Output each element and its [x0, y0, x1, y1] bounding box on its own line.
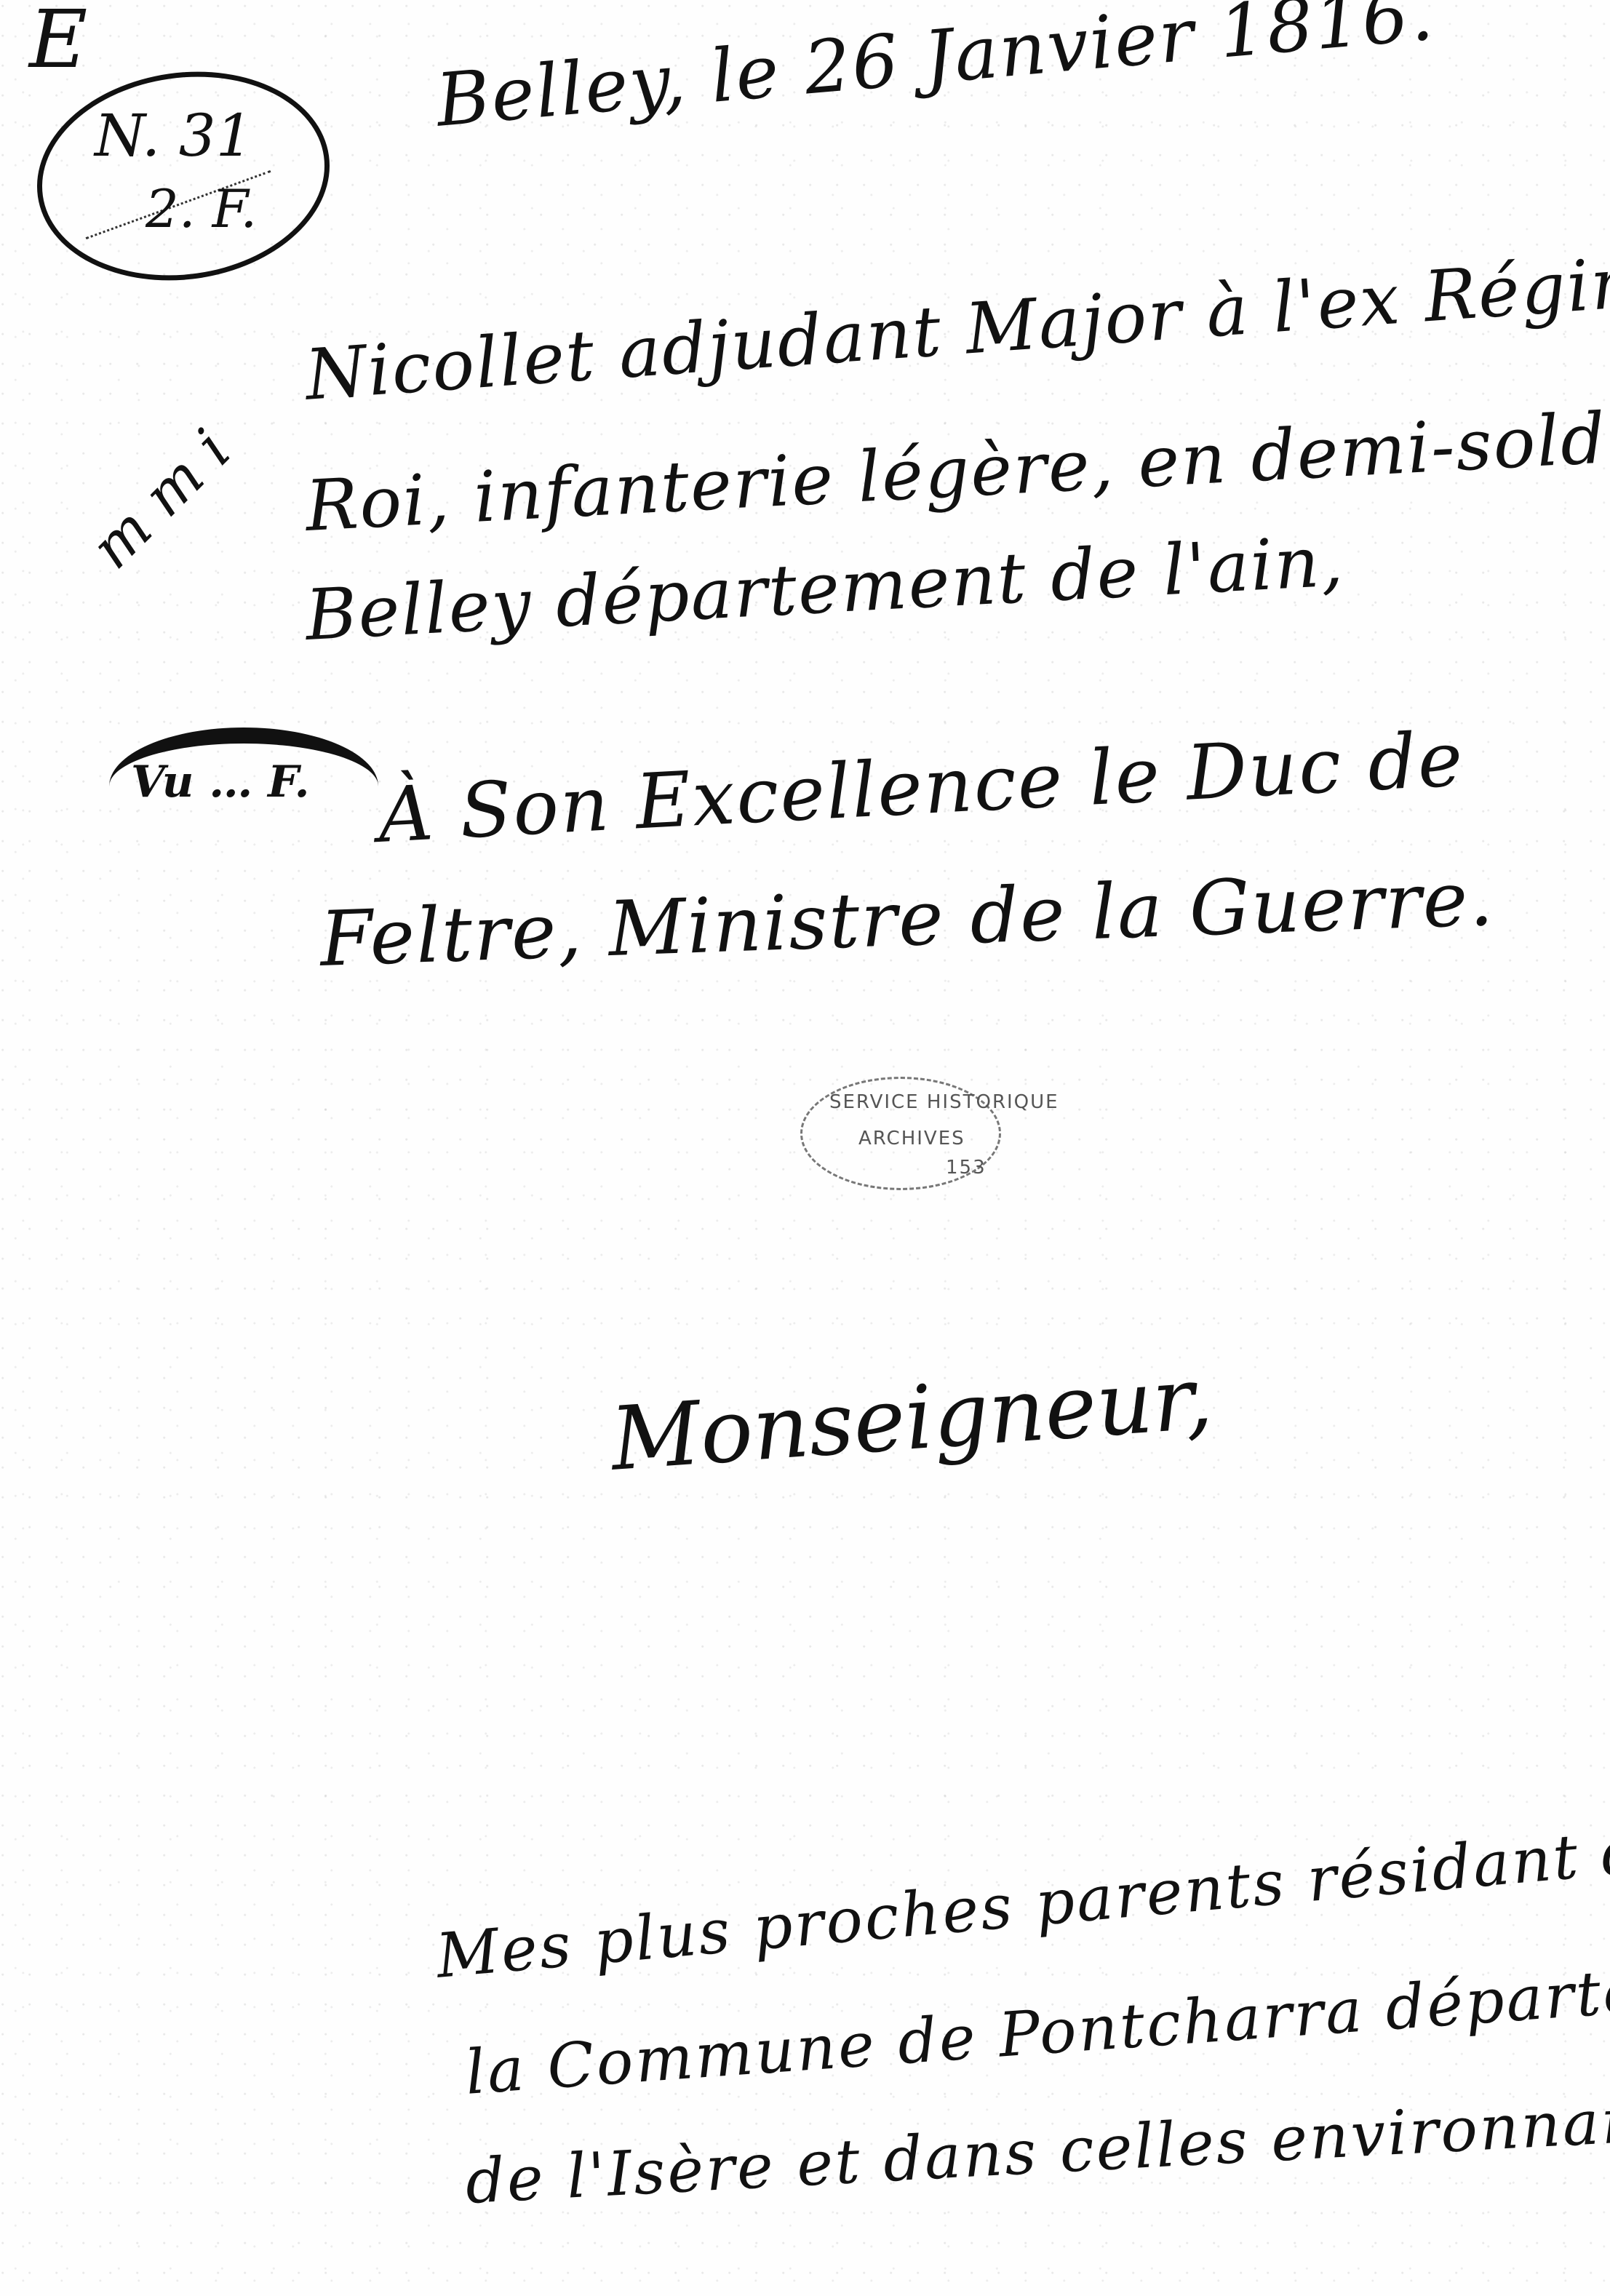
body-line-1: Mes plus proches parents résidant dans [434, 1806, 1610, 1992]
addressee-line-1: À Son Excellence le Duc de [376, 714, 1466, 860]
corner-mark: E [29, 0, 87, 86]
sender-line-1: Nicollet adjudant Major à l'ex Régiment … [303, 224, 1610, 416]
addressee-line-2: Feltre, Ministre de la Guerre. [319, 854, 1496, 984]
sender-line-2: Roi, infanterie légère, en demi-solde à [303, 391, 1610, 546]
body-line-3: de l'Isère et dans celles environnantes, [463, 2078, 1610, 2217]
salutation: Monseigneur, [607, 1347, 1216, 1490]
archive-stamp-middle: ARCHIVES [858, 1128, 965, 1149]
document-page: E N. 31 2. F. Belley, le 26 Janvier 1816… [0, 0, 1610, 2296]
reference-number-line2: 2. F. [146, 178, 257, 239]
sender-line-3: Belley département de l'ain, [303, 520, 1346, 656]
margin-stamp: Vu … F. [131, 757, 310, 808]
dateline: Belley, le 26 Janvier 1816. [433, 0, 1438, 143]
archive-stamp-bottom: 153 [946, 1157, 987, 1179]
reference-number-line1: N. 31 [95, 102, 253, 170]
reference-oval [23, 53, 343, 298]
archive-stamp-top: SERVICE HISTORIQUE [829, 1091, 1059, 1113]
margin-note: m m i [78, 416, 243, 581]
